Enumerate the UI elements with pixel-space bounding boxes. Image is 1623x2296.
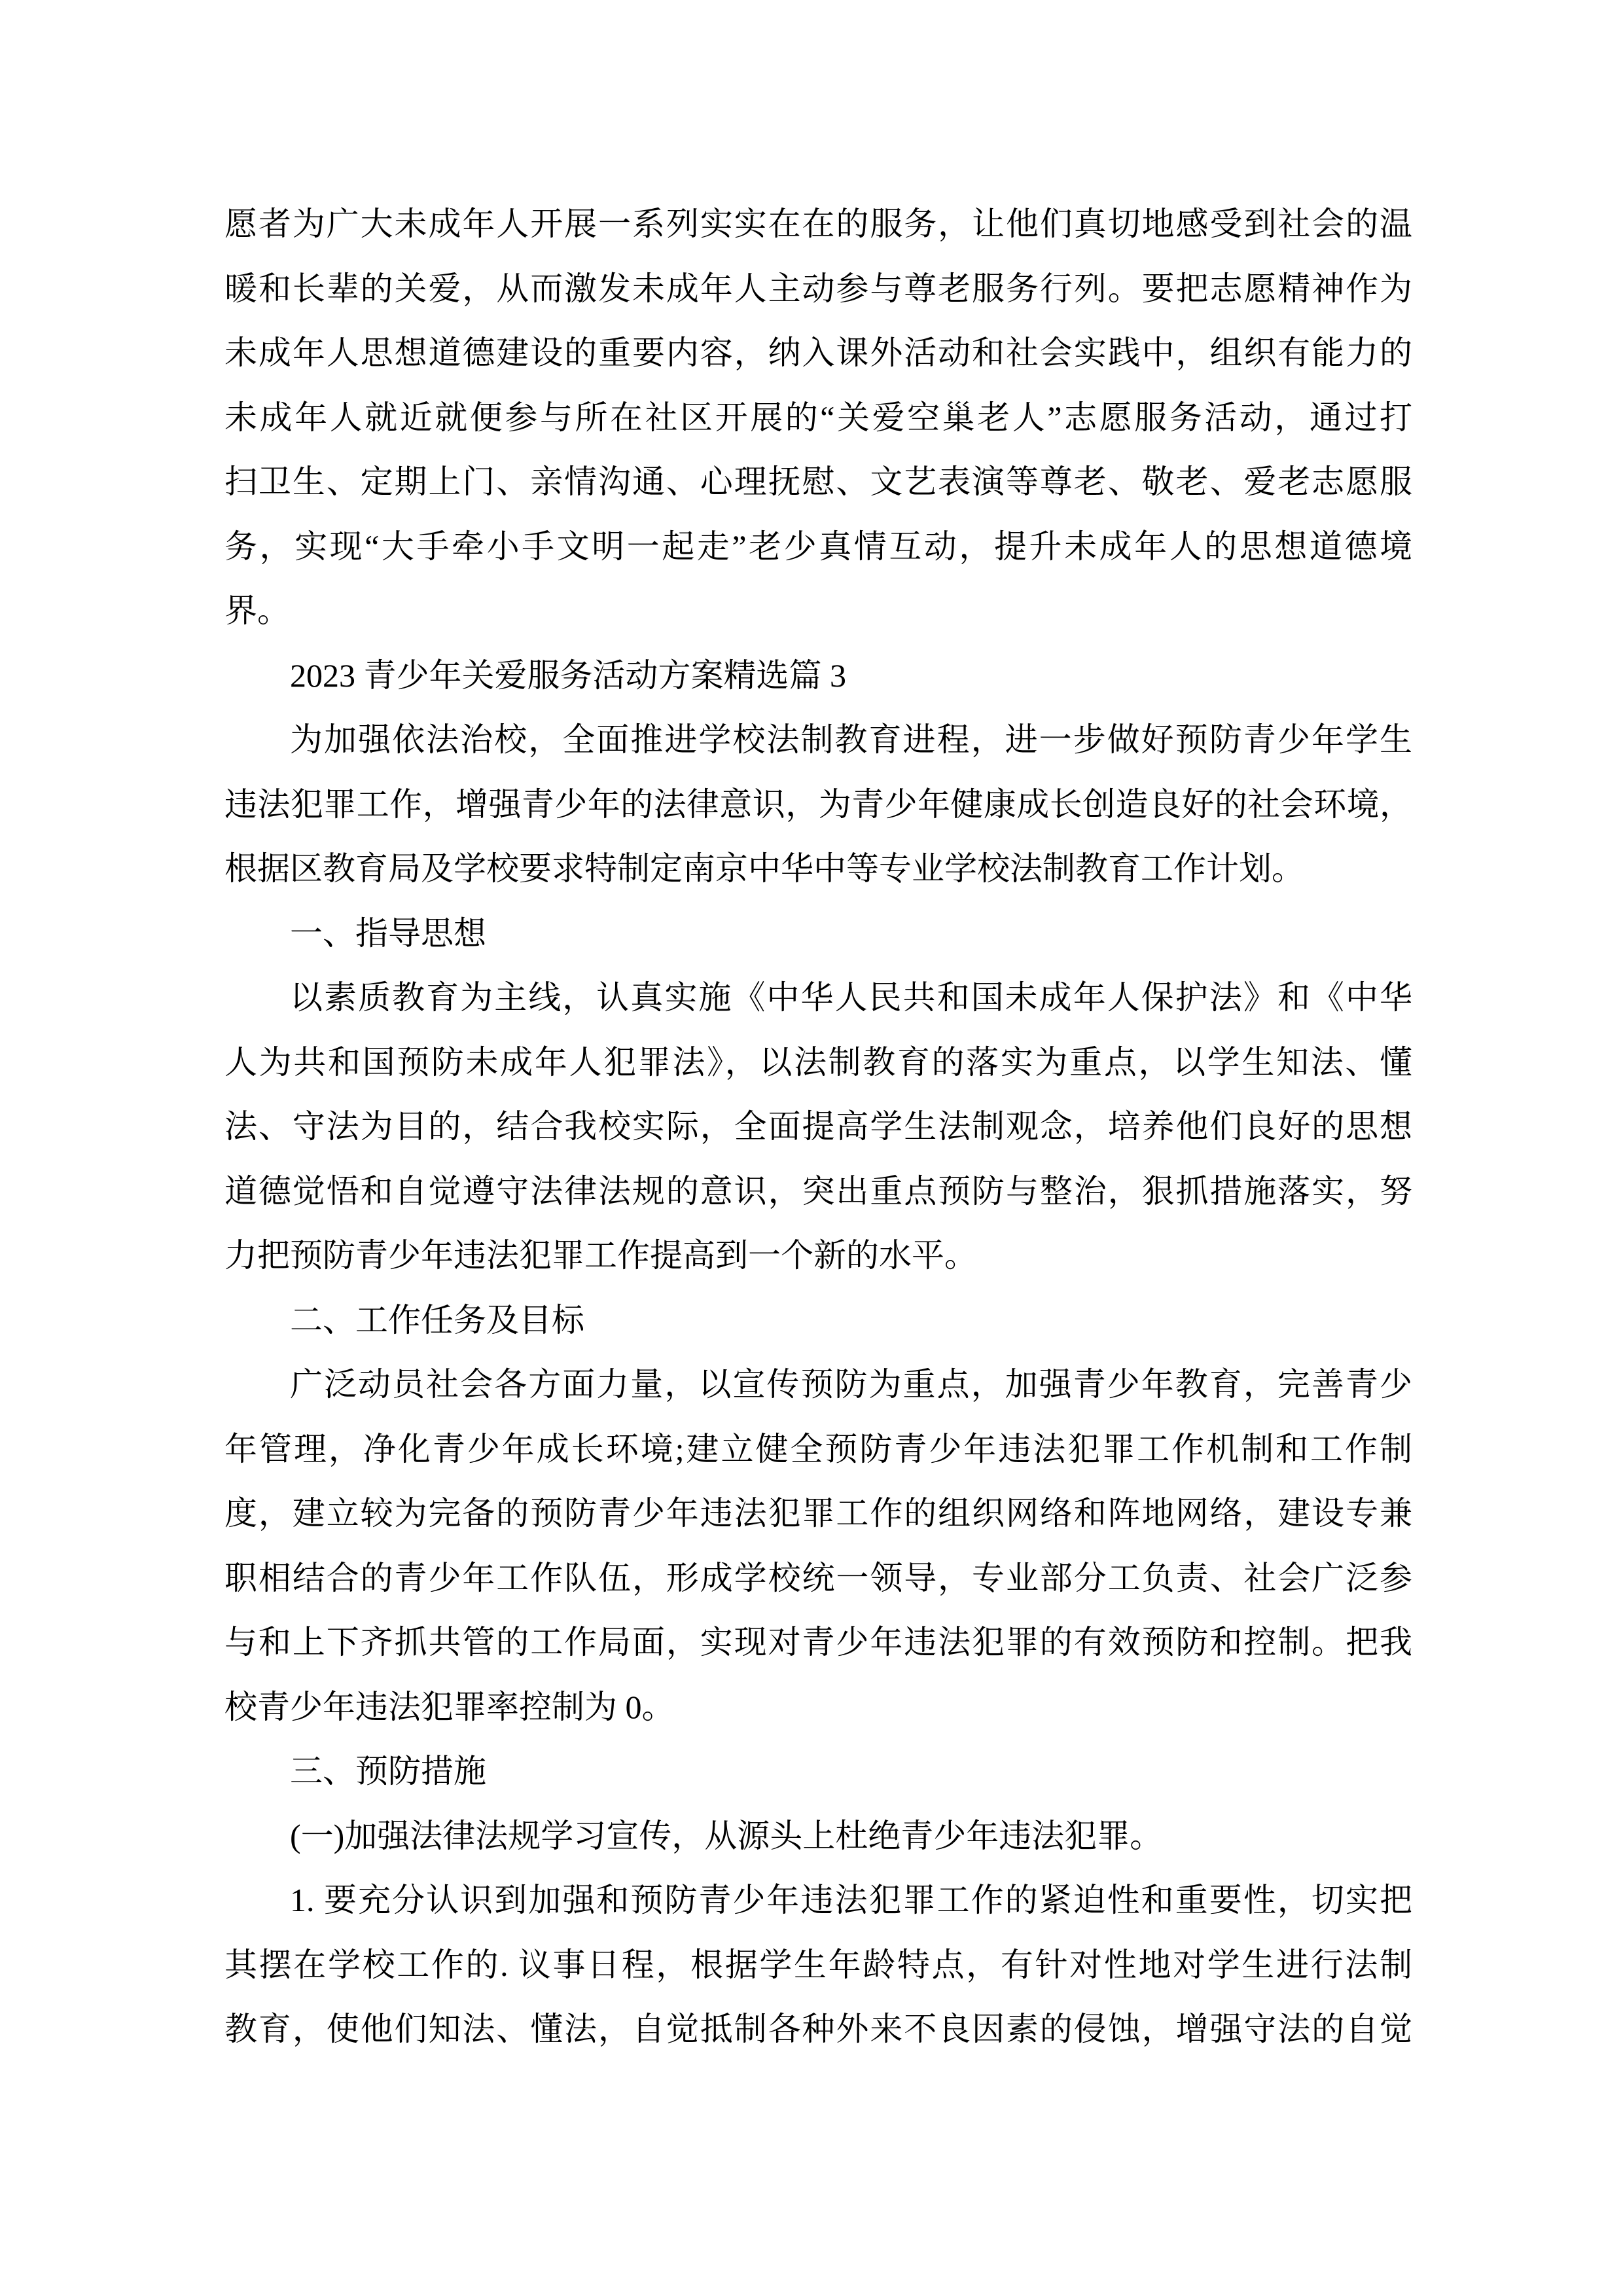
text-line: 未成年人思想道德建设的重要内容，纳入课外活动和社会实践中，组织有能力的 [224,321,1412,386]
text-line: 广泛动员社会各方面力量，以宣传预防为重点，加强青少年教育，完善青少 [224,1352,1412,1417]
document-text-block: 愿者为广大未成年人开展一系列实实在在的服务，让他们真切地感受到社会的温暖和长辈的… [224,192,1412,2062]
text-line: 二、工作任务及目标 [224,1288,1412,1353]
text-line: 2023 青少年关爱服务活动方案精选篇 3 [224,643,1412,708]
text-line: (一)加强法律法规学习宣传，从源头上杜绝青少年违法犯罪。 [224,1804,1412,1869]
text-line: 与和上下齐抓共管的工作局面，实现对青少年违法犯罪的有效预防和控制。把我 [224,1610,1412,1675]
text-line: 三、预防措施 [224,1739,1412,1804]
text-line: 暖和长辈的关爱，从而激发未成年人主动参与尊老服务行列。要把志愿精神作为 [224,257,1412,321]
text-line: 扫卫生、定期上门、亲情沟通、心理抚慰、文艺表演等尊老、敬老、爱老志愿服 [224,450,1412,514]
text-line: 职相结合的青少年工作队伍，形成学校统一领导，专业部分工负责、社会广泛参 [224,1546,1412,1611]
text-line: 校青少年违法犯罪率控制为 0。 [224,1675,1412,1740]
text-line: 人为共和国预防未成年人犯罪法》，以法制教育的落实为重点，以学生知法、懂 [224,1030,1412,1095]
text-line: 道德觉悟和自觉遵守法律法规的意识，突出重点预防与整治，狠抓措施落实，努 [224,1159,1412,1224]
document-page: 愿者为广大未成年人开展一系列实实在在的服务，让他们真切地感受到社会的温暖和长辈的… [0,0,1623,2296]
text-line: 力把预防青少年违法犯罪工作提高到一个新的水平。 [224,1223,1412,1288]
text-line: 其摆在学校工作的. 议事日程，根据学生年龄特点，有针对性地对学生进行法制 [224,1933,1412,1998]
text-line: 教育，使他们知法、懂法，自觉抵制各种外来不良因素的侵蚀，增强守法的自觉 [224,1997,1412,2062]
text-line: 1. 要充分认识到加强和预防青少年违法犯罪工作的紧迫性和重要性，切实把 [224,1868,1412,1933]
text-line: 根据区教育局及学校要求特制定南京中华中等专业学校法制教育工作计划。 [224,836,1412,901]
text-line: 为加强依法治校，全面推进学校法制教育进程，进一步做好预防青少年学生 [224,708,1412,772]
text-line: 以素质教育为主线，认真实施《中华人民共和国未成年人保护法》和《中华 [224,965,1412,1030]
text-line: 愿者为广大未成年人开展一系列实实在在的服务，让他们真切地感受到社会的温 [224,192,1412,257]
text-line: 一、指导思想 [224,901,1412,966]
text-line: 违法犯罪工作，增强青少年的法律意识，为青少年健康成长创造良好的社会环境， [224,772,1412,837]
text-line: 年管理，净化青少年成长环境;建立健全预防青少年违法犯罪工作机制和工作制 [224,1417,1412,1482]
text-line: 界。 [224,579,1412,643]
text-line: 法、守法为目的，结合我校实际，全面提高学生法制观念，培养他们良好的思想 [224,1094,1412,1159]
text-line: 度，建立较为完备的预防青少年违法犯罪工作的组织网络和阵地网络，建设专兼 [224,1481,1412,1546]
text-line: 未成年人就近就便参与所在社区开展的“关爱空巢老人”志愿服务活动，通过打 [224,386,1412,450]
text-line: 务，实现“大手牵小手文明一起走”老少真情互动，提升未成年人的思想道德境 [224,514,1412,579]
